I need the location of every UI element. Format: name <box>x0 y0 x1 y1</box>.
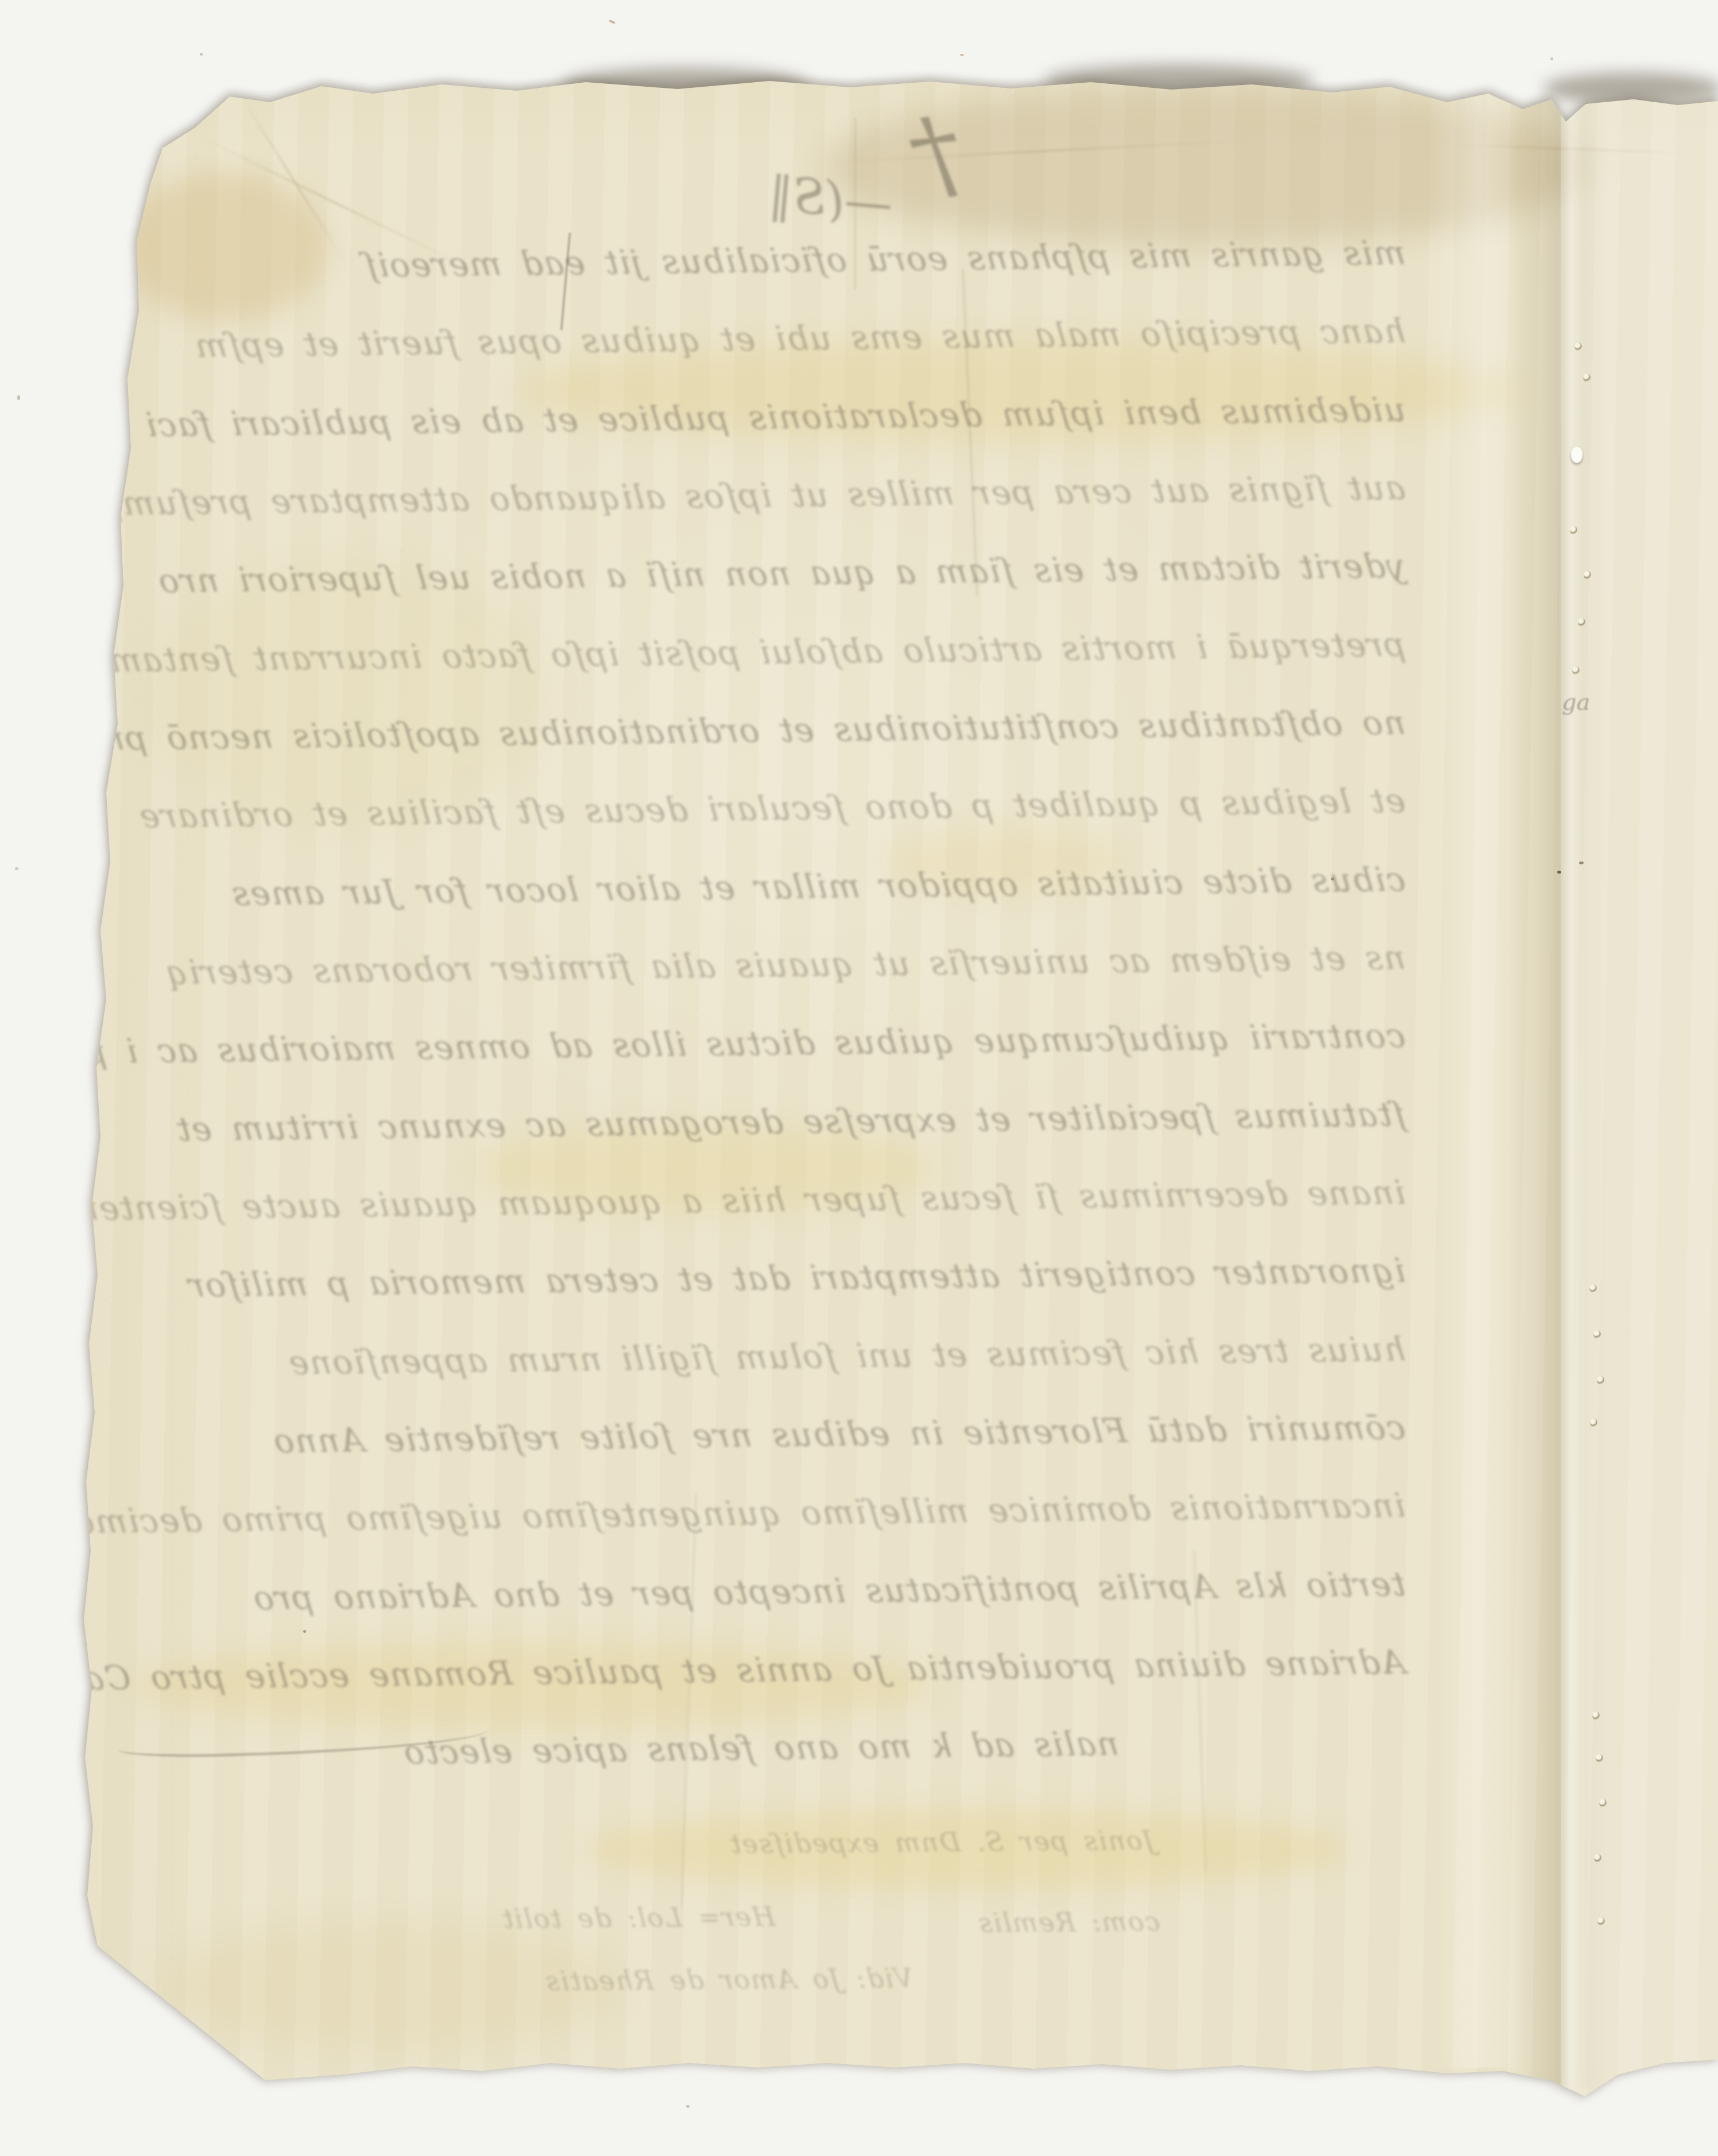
bleedthrough-fragment: Her= Lol: de tolit <box>544 1901 777 1934</box>
page-curvature-highlight <box>1435 86 1522 2068</box>
pencil-note: ga <box>1562 689 1590 716</box>
bleedthrough-text-line: ſtatuimus ſpecialiter et expreſse deroga… <box>95 1095 1409 1168</box>
paper-sheet: † —(S‖ mis ganris mis pſphans eorū ofici… <box>0 0 1718 2156</box>
scan-canvas: † —(S‖ mis ganris mis pſphans eorū ofici… <box>0 0 1718 2156</box>
stitch-hole <box>1594 1854 1601 1863</box>
manuscript-leaf: † —(S‖ mis ganris mis pſphans eorū ofici… <box>0 0 1718 2156</box>
ink-speck <box>1557 871 1561 874</box>
stitch-hole <box>1593 1330 1601 1339</box>
stitch-hole <box>1597 1917 1605 1926</box>
stitch-hole <box>1599 1799 1607 1807</box>
paper-chip <box>1571 447 1582 463</box>
bleedthrough-text-line: tertio kls Aprilis pontificatus incepto … <box>95 1564 1409 1638</box>
stitch-hole <box>1570 526 1577 535</box>
stitch-hole <box>1590 1419 1597 1427</box>
bleedthrough-text-line: uidebimus beni ipſum declarationis publi… <box>95 390 1409 463</box>
bleedthrough-text-line: ns et eiſdem ac uniuerſis ut quauis alia… <box>95 938 1409 1011</box>
stitch-hole <box>1574 342 1582 351</box>
bleedthrough-text-line: nalis ad k mo ano felans apice electo <box>543 1724 1123 1788</box>
stitch-hole <box>1592 1711 1600 1720</box>
fold-panel <box>1561 80 1718 2096</box>
bleedthrough-text-line: huius tres hic fecimus et uni ſolum ſigi… <box>95 1330 1409 1403</box>
stitch-hole <box>1578 618 1585 627</box>
bleedthrough-text-line: inane decernimus ſi ſecus ſuper hiis a q… <box>95 1173 1409 1246</box>
bleedthrough-fragment: Jonis per S. Dnm expediſset <box>550 1825 1155 1861</box>
bleedthrough-text-line: ignoranter contigerit attemptari dat et … <box>95 1251 1409 1324</box>
bleedthrough-fragment: Vid: Jo Amor de Rheatis <box>544 1962 915 1997</box>
stitch-hole <box>1572 666 1580 675</box>
ink-speck <box>1579 861 1584 864</box>
bleedthrough-text-line: contrarii quibuſcumque quibus dictus ill… <box>95 1016 1409 1089</box>
bleedthrough-text-line: cōmuniri datū Florentie in edibus nre ſo… <box>95 1408 1409 1481</box>
bleedthrough-text-line: incarnationis dominice milleſimo quingen… <box>95 1486 1409 1559</box>
stitch-hole <box>1583 373 1591 382</box>
stitch-hole <box>1596 1754 1603 1763</box>
bleedthrough-text-line: aut ſignis aut cera per milles ut ipſos … <box>95 468 1409 542</box>
bleedthrough-fragment: com: Remlis <box>969 1906 1162 1939</box>
bleedthrough-text-line: cibus dicte ciuitatis oppidor millar et … <box>95 860 1409 933</box>
stitch-hole <box>1584 571 1591 579</box>
stitch-hole <box>1597 1376 1604 1385</box>
bleedthrough-text-line: yderit dictam et eis ſiam a qua non niſi… <box>95 546 1409 620</box>
stitch-hole <box>1589 1284 1597 1293</box>
